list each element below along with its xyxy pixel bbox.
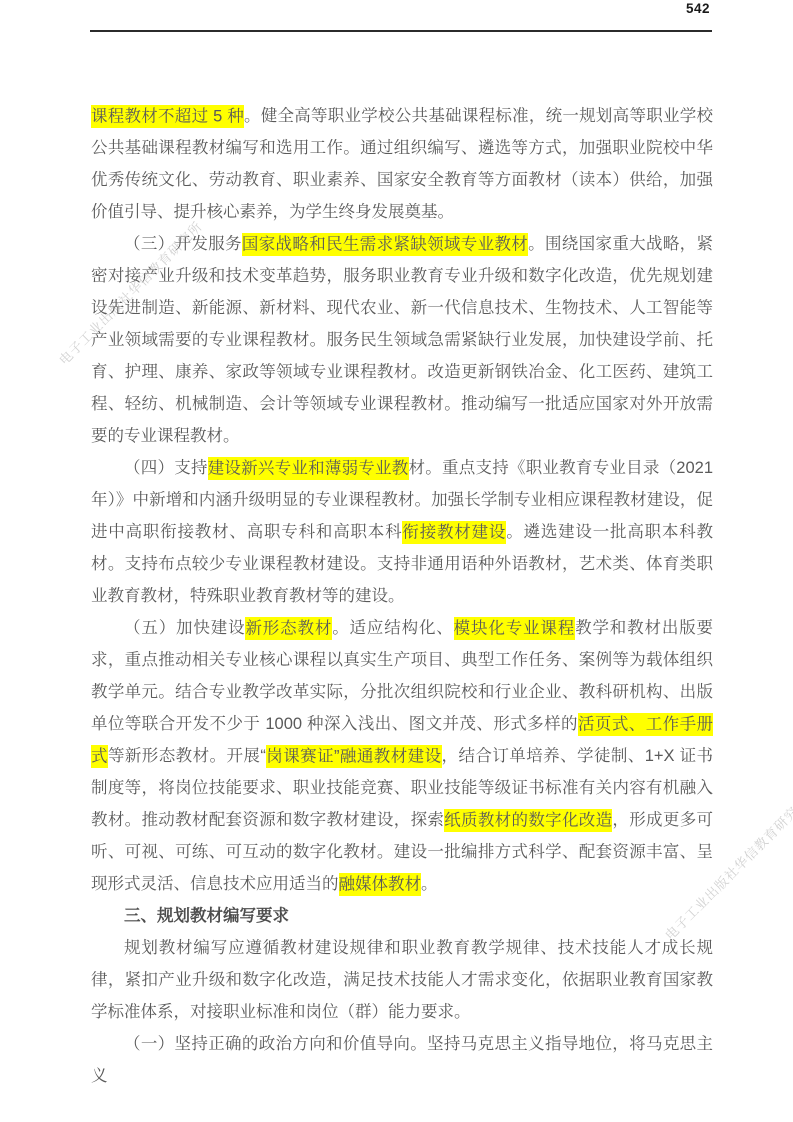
text-run: （五）加快建设 xyxy=(124,619,245,637)
page-number: 542 xyxy=(686,1,710,16)
text-run: （一）坚持正确的政治方向和价值导向。坚持马克思主义指导地位，将马克思主义 xyxy=(91,1035,713,1085)
document-body: 课程教材不超过 5 种。健全高等职业学校公共基础课程标准，统一规划高等职业学校公… xyxy=(91,100,713,1092)
text-run: （四）支持 xyxy=(124,459,208,477)
highlighted-text: 岗课赛证”融通教材建设 xyxy=(266,745,442,768)
header-rule xyxy=(90,30,712,32)
document-page: 542 电子工业出版社华信教育研究所 电子工业出版社华信教育研究所 课程教材不超… xyxy=(0,0,793,1122)
highlighted-text: 国家战略和民生需求紧缺领域专业教材 xyxy=(242,233,528,256)
text-run: 三、规划教材编写要求 xyxy=(124,907,289,925)
highlighted-text: 建设新兴专业和薄弱专业教 xyxy=(208,457,409,480)
highlighted-text: 融媒体教材 xyxy=(339,873,422,896)
text-run: 规划教材编写应遵循教材建设规律和职业教育教学规律、技术技能人才成长规律，紧扣产业… xyxy=(91,939,713,1021)
paragraph: （四）支持建设新兴专业和薄弱专业教材。重点支持《职业教育专业目录（2021 年）… xyxy=(91,452,713,612)
paragraph: 课程教材不超过 5 种。健全高等职业学校公共基础课程标准，统一规划高等职业学校公… xyxy=(91,100,713,228)
highlighted-text: 模块化专业课程 xyxy=(454,617,575,640)
section-heading: 三、规划教材编写要求 xyxy=(91,900,713,932)
text-run: 。适应结构化、 xyxy=(332,619,453,637)
highlighted-text: 衔接教材建设 xyxy=(402,521,506,544)
text-run: 。 xyxy=(421,875,438,893)
paragraph: （五）加快建设新形态教材。适应结构化、模块化专业课程教学和教材出版要求，重点推动… xyxy=(91,612,713,900)
highlighted-text: 课程教材不超过 5 种 xyxy=(91,105,244,128)
text-run: 。围绕国家重大战略，紧密对接产业升级和技术变革趋势，服务职业教育专业升级和数字化… xyxy=(91,235,713,445)
paragraph: 规划教材编写应遵循教材建设规律和职业教育教学规律、技术技能人才成长规律，紧扣产业… xyxy=(91,932,713,1028)
paragraph: （一）坚持正确的政治方向和价值导向。坚持马克思主义指导地位，将马克思主义 xyxy=(91,1028,713,1092)
paragraph: （三）开发服务国家战略和民生需求紧缺领域专业教材。围绕国家重大战略，紧密对接产业… xyxy=(91,228,713,452)
text-run: 等新形态教材。开展“ xyxy=(108,747,266,765)
highlighted-text: 新形态教材 xyxy=(245,617,332,640)
highlighted-text: 纸质教材的数字化改造 xyxy=(444,809,612,832)
text-run: （三）开发服务 xyxy=(124,235,242,253)
